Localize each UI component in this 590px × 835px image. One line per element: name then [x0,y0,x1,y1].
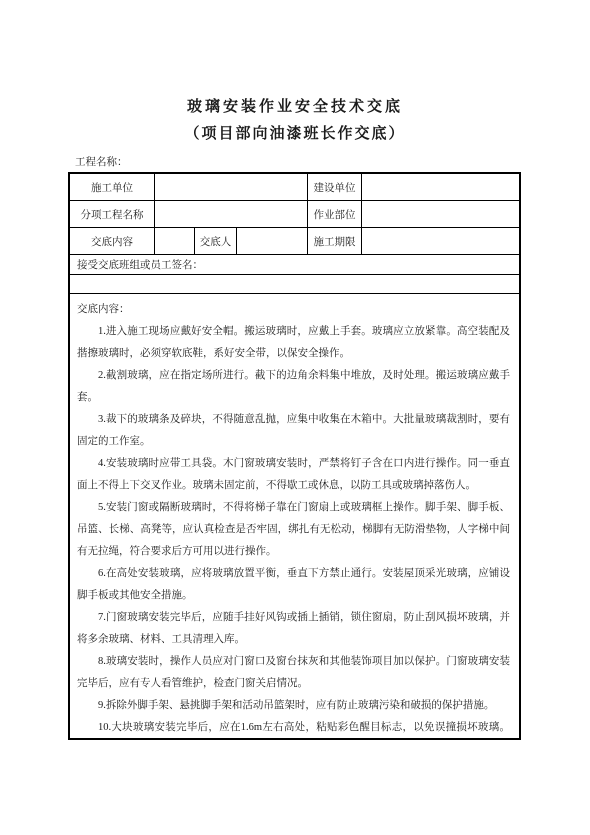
disclosure-item: 2.截割玻璃，应在指定场所进行。截下的边角余料集中堆放，及时处理。搬运玻璃应戴手… [77,365,510,409]
disclosure-heading: 交底内容： [77,299,510,321]
subproject-name-value [155,201,308,228]
page-subtitle: （项目部向油漆班长作交底） [0,125,590,144]
disclosure-item: 4.安装玻璃时应带工具袋。木门窗玻璃安装时，严禁将钉子含在口内进行操作。同一垂直… [77,453,510,497]
disclosure-item: 5.安装门窗或隔断玻璃时，不得将梯子靠在门窗扇上或玻璃框上操作。脚手架、脚手板、… [77,497,510,563]
work-part-value [362,201,519,228]
disclosure-items: 1.进入施工现场应戴好安全帽。搬运玻璃时，应戴上手套。玻璃应立放紧靠。高空装配及… [77,321,510,740]
discloser-value [237,228,308,255]
disclosure-content-cell: 交底内容： 1.进入施工现场应戴好安全帽。搬运玻璃时，应戴上手套。玻璃应立放紧靠… [70,294,519,740]
document-page: 玻璃安装作业安全技术交底 （项目部向油漆班长作交底） 工程名称： 施工单位 建设… [0,0,590,835]
disclosure-item: 8.玻璃安装时，操作人员应对门窗口及窗台抹灰和其他装饰项目加以保护。门窗玻璃安装… [77,651,510,695]
disclosure-item: 9.拆除外脚手架、悬挑脚手架和活动吊篮架时，应有防止玻璃污染和破损的保护措施。 [77,695,510,717]
construction-period-value [362,228,519,255]
signature-row-label: 接受交底班组或员工签名： [70,255,519,275]
disclosure-item: 6.在高处安装玻璃，应将玻璃放置平衡，垂直下方禁止通行。安装屋顶采光玻璃，应铺设… [77,563,510,607]
page-title: 玻璃安装作业安全技术交底 [0,0,590,117]
construction-period-label: 施工期限 [308,228,362,255]
construction-unit-label: 施工单位 [70,174,155,201]
client-unit-label: 建设单位 [308,174,362,201]
disclosure-item: 3.裁下的玻璃条及碎块，不得随意乱抛，应集中收集在木箱中。大批量玻璃裁割时，要有… [77,409,510,453]
discloser-label: 交底人 [195,228,237,255]
subproject-name-label: 分项工程名称 [70,201,155,228]
disclosure-item: 1.进入施工现场应戴好安全帽。搬运玻璃时，应戴上手套。玻璃应立放紧靠。高空装配及… [77,321,510,365]
construction-unit-value [155,174,308,201]
signature-blank-row [70,275,519,294]
disclosure-item: 10.大块玻璃安装完毕后，应在1.6m左右高处，粘贴彩色醒目标志，以免误撞损坏玻… [77,717,510,740]
disclosure-content-label: 交底内容 [70,228,155,255]
disclosure-content-value [155,228,195,255]
project-name-label: 工程名称： [75,156,590,169]
client-unit-value [362,174,519,201]
disclosure-item: 7.门窗玻璃安装完毕后，应随手挂好风钩或插上插销，锁住窗扇，防止刮风损坏玻璃，并… [77,607,510,651]
form-table: 施工单位 建设单位 分项工程名称 作业部位 交底内容 交底人 施工期限 接受交底… [68,172,521,740]
work-part-label: 作业部位 [308,201,362,228]
